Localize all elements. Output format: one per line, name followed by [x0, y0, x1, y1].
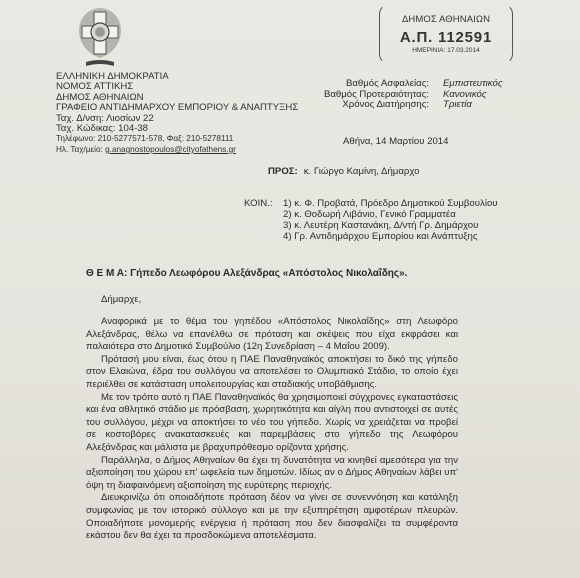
cc-item: 4) Γρ. Αντιδημάρχου Εμπορίου και Ανάπτυξ… [283, 231, 498, 242]
letter-page: ΕΛΛΗΝΙΚΗ ΔΗΜΟΚΡΑΤΙΑ ΝΟΜΟΣ ΑΤΤΙΚΗΣ ΔΗΜΟΣ … [0, 0, 580, 578]
email-label: Ηλ. Ταχ/μείο: [56, 145, 105, 154]
paragraph: Πρότασή μου είναι, έως ότου η ΠΑΕ Παναθη… [86, 354, 458, 392]
municipality-crest-icon [74, 4, 126, 70]
paragraph: Διευκρινίζω ότι οποιαδήποτε πρόταση δέον… [86, 492, 458, 542]
cc-item: 1) κ. Φ. Προβατά, Πρόεδρο Δημοτικού Συμβ… [283, 198, 498, 209]
cc-item: 3) κ. Λευτέρη Καστανάκη, Δ/ντή Γρ. Δημάρ… [283, 220, 498, 231]
paragraph: Με τον τρόπο αυτό η ΠΑΕ Παναθηναϊκός θα … [86, 392, 458, 455]
security-label: Βαθμός Ασφαλείας: [324, 79, 429, 90]
paragraph: Παράλληλα, ο Δήμος Αθηναίων θα έχει τη δ… [86, 455, 458, 493]
letterhead: ΕΛΛΗΝΙΚΗ ΔΗΜΟΚΡΑΤΙΑ ΝΟΜΟΣ ΑΤΤΙΚΗΣ ΔΗΜΟΣ … [56, 72, 298, 155]
protocol-number: Α.Π. 112591 [380, 29, 512, 46]
recipient: ΠΡΟΣ:κ. Γιώργο Καμίνη, Δήμαρχο [268, 166, 419, 177]
retention-value: Τριετία [443, 100, 502, 111]
date-line: Αθήνα, 14 Μαρτίου 2014 [343, 136, 448, 147]
retention-label: Χρόνος Διατήρησης: [324, 100, 429, 111]
classification-values: Εμπιστευτικός Κανονικός Τριετία [443, 79, 502, 111]
letter-body: Αναφορικά με το θέμα του γηπέδου «Απόστο… [86, 316, 458, 543]
postal-code: Ταχ. Κώδικας: 104-38 [56, 124, 298, 134]
email-line: Ηλ. Ταχ/μείο: g.anagnostopoulos@cityofat… [56, 145, 298, 155]
email-link[interactable]: g.anagnostopoulos@cityofathens.gr [105, 145, 236, 154]
cc-item: 2) κ. Θοδωρή Λιβάνιο, Γενικό Γραμματέα [283, 209, 498, 220]
paragraph: Αναφορικά με το θέμα του γηπέδου «Απόστο… [86, 316, 458, 354]
recipient-name: κ. Γιώργο Καμίνη, Δήμαρχο [304, 166, 420, 177]
subject-line: Θ Ε Μ Α: Γήπεδο Λεωφόρου Αλεξάνδρας «Από… [86, 268, 407, 279]
stamp-date: ΗΜΕΡΙΝΙΑ: 17.03.2014 [380, 47, 512, 54]
classification-labels: Βαθμός Ασφαλείας: Βαθμός Προτεραιότητας:… [324, 79, 429, 111]
protocol-stamp: ΔΗΜΟΣ ΑΘΗΝΑΙΩΝ Α.Π. 112591 ΗΜΕΡΙΝΙΑ: 17.… [379, 4, 513, 64]
cc-list: 1) κ. Φ. Προβατά, Πρόεδρο Δημοτικού Συμβ… [283, 198, 498, 242]
cc-label: ΚΟΙΝ.: [244, 198, 273, 209]
security-value: Εμπιστευτικός [443, 79, 502, 90]
recipient-label: ΠΡΟΣ: [268, 166, 298, 177]
stamp-org: ΔΗΜΟΣ ΑΘΗΝΑΙΩΝ [380, 14, 512, 25]
greeting: Δήμαρχε, [101, 294, 141, 305]
phone: Τηλέφωνο: 210-5277571-578, Φαξ: 210-5278… [56, 134, 298, 144]
